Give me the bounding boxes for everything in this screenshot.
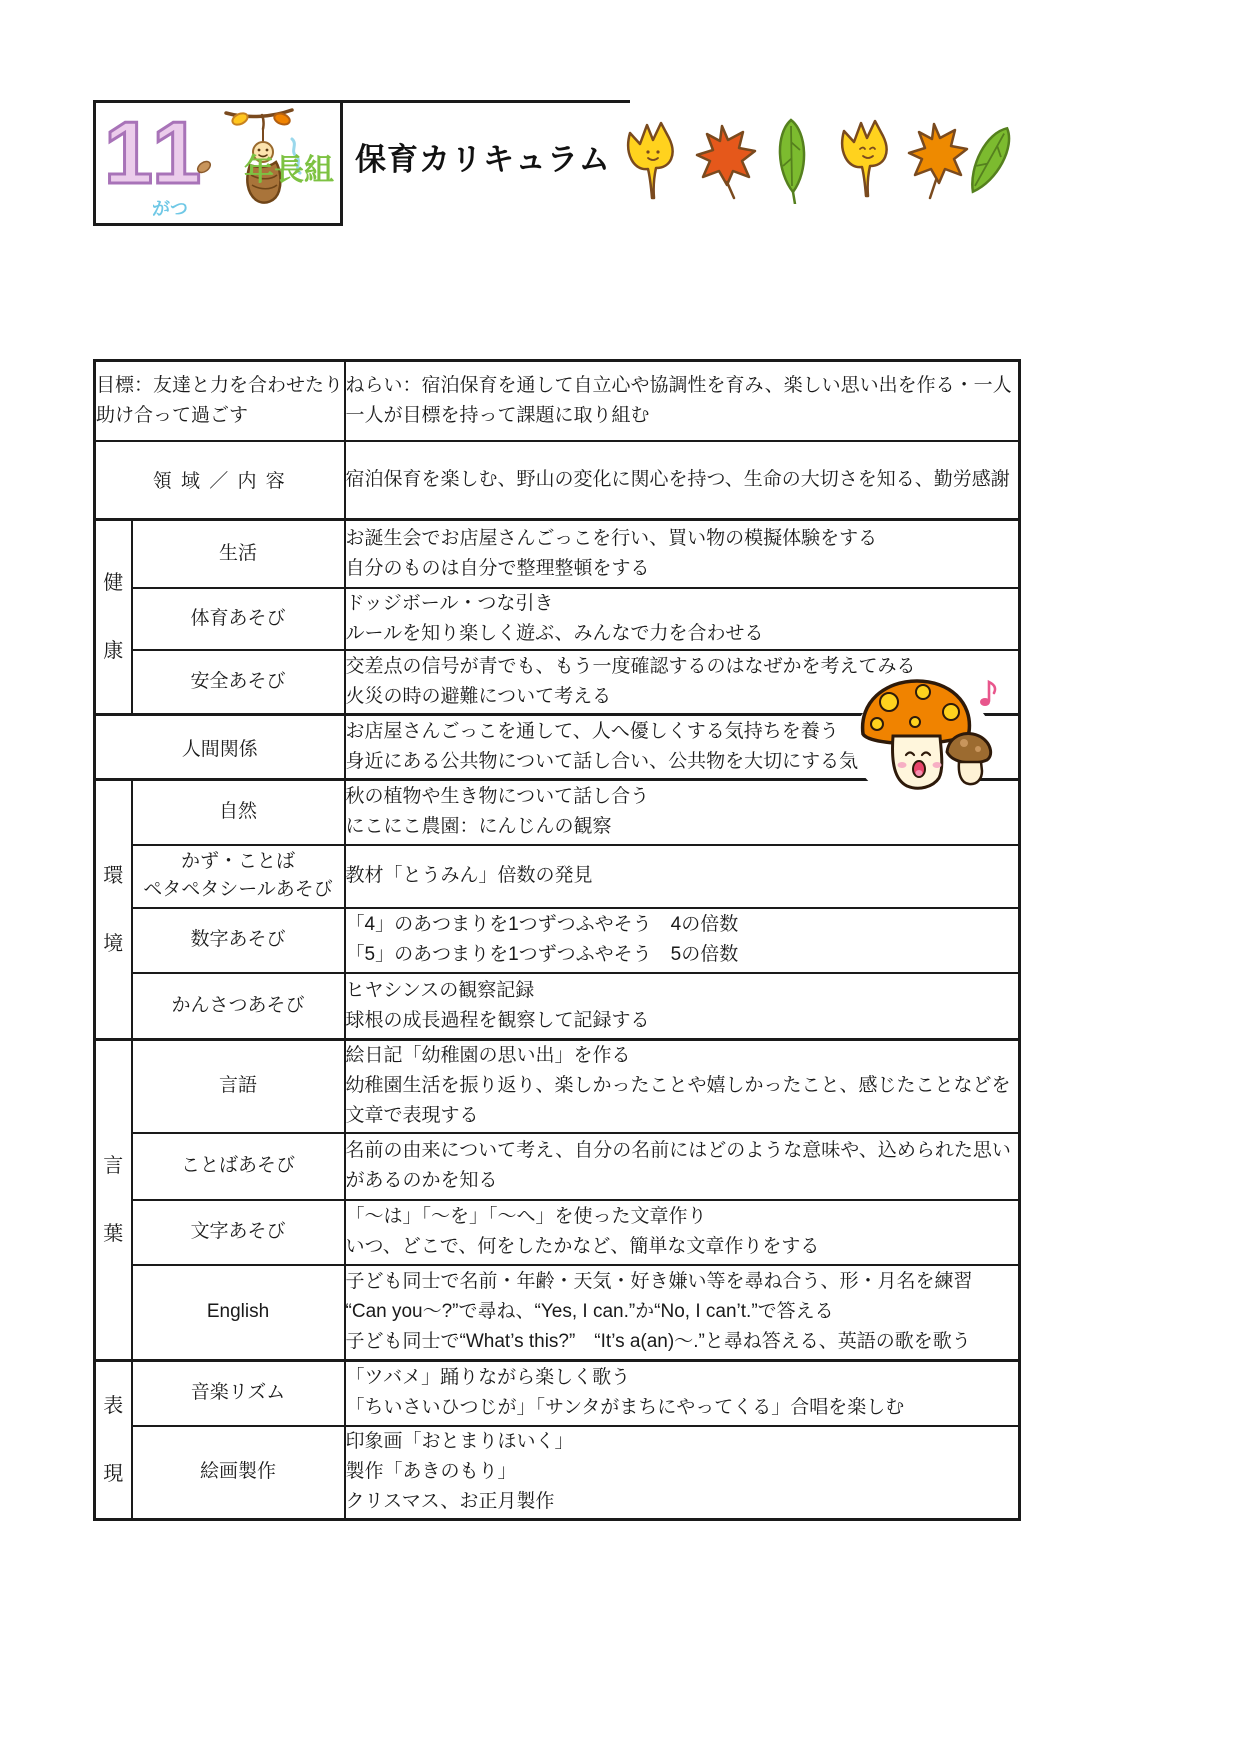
table-row: 絵画製作 印象画「おとまりほいく」 製作「あきのもり」 クリスマス、お正月製作 <box>95 1426 1020 1520</box>
content-line: 絵日記「幼稚園の思い出」を作る <box>346 1041 1019 1071</box>
row-label-english: English <box>132 1265 345 1361</box>
content-line: ルールを知り楽しく遊ぶ、みんなで力を合わせる <box>346 619 1019 649</box>
content-line: 子ども同士で名前・年齢・天気・好き嫌い等を尋ね合う、形・月名を練習 <box>346 1267 1019 1297</box>
content-line: 「ちいさいひつじが」「サンタがまちにやってくる」合唱を楽しむ <box>346 1393 1019 1423</box>
small-mushroom-cap-icon <box>947 733 991 762</box>
table-row: 数字あそび 「4」のあつまりを1つずつふやそう 4の倍数 「5」のあつまりを1つ… <box>95 908 1020 973</box>
content-line: いつ、どこで、何をしたかなど、簡単な文章作りをする <box>346 1232 1019 1262</box>
row-label: かんさつあそび <box>132 973 345 1040</box>
row-label: 文字あそび <box>132 1200 345 1265</box>
green-leaf-icon <box>780 120 804 204</box>
table-row: 健 康 生活 お誕生会でお店屋さんごっこを行い、買い物の模擬体験をする 自分のも… <box>95 520 1020 588</box>
row-content: お誕生会でお店屋さんごっこを行い、買い物の模擬体験をする 自分のものは自分で整理… <box>345 520 1020 588</box>
page-title: 保育カリキュラム <box>355 134 611 179</box>
small-mushroom-stem-icon <box>959 762 982 784</box>
orange-leaf-icon <box>273 112 291 127</box>
goal-row: 目標：友達と力を合わせたり助け合って過ごす ねらい：宿泊保育を通して自立心や協調… <box>95 361 1020 441</box>
domain-content-cell: 宿泊保育を楽しむ、野山の変化に関心を持つ、生命の大切さを知る、勤労感謝 <box>345 441 1020 520</box>
mushroom-illustration <box>851 672 1001 808</box>
table-row: 言 葉 言語 絵日記「幼稚園の思い出」を作る 幼稚園生活を振り返り、楽しかったこ… <box>95 1040 1020 1133</box>
row-label: ことばあそび <box>132 1133 345 1200</box>
row-content: 子ども同士で名前・年齢・天気・好き嫌い等を尋ね合う、形・月名を練習 “Can y… <box>345 1265 1020 1361</box>
row-content: ヒヤシンスの観察記録 球根の成長過程を観察して記録する <box>345 973 1020 1040</box>
table-row: かんさつあそび ヒヤシンスの観察記録 球根の成長過程を観察して記録する <box>95 973 1020 1040</box>
content-line: “Can you～?”で尋ね、“Yes, I can.”か“No, I can’… <box>346 1297 1019 1327</box>
cap-spot <box>871 718 883 730</box>
row-label: 数字あそび <box>132 908 345 973</box>
month-suffix-label: がつ <box>152 195 188 221</box>
table-row: 表 現 音楽リズム 「ツバメ」踊りながら楽しく歌う 「ちいさいひつじが」「サンタ… <box>95 1361 1020 1426</box>
small-cap-spot <box>960 739 968 747</box>
cheek <box>898 762 907 768</box>
content-line: 「5」のあつまりを1つずつふやそう 5の倍数 <box>346 940 1019 970</box>
row-content: ドッジボール・つな引き ルールを知り楽しく遊ぶ、みんなで力を合わせる <box>345 588 1020 650</box>
domain-text: 宿泊保育を楽しむ、野山の変化に関心を持つ、生命の大切さを知る、勤労感謝 <box>346 465 1019 495</box>
cap-spot <box>943 704 959 720</box>
small-cap-spot <box>975 746 981 752</box>
content-line: 「ツバメ」踊りながら楽しく歌う <box>346 1363 1019 1393</box>
goal-cell: 目標：友達と力を合わせたり助け合って過ごす <box>95 361 345 441</box>
cap-spot <box>910 717 920 727</box>
header: 11 がつ <box>93 100 1018 226</box>
row-content: 絵日記「幼稚園の思い出」を作る 幼稚園生活を振り返り、楽しかったことや嬉しかった… <box>345 1040 1020 1133</box>
content-container: 11 がつ <box>93 100 1018 1521</box>
content-line: お誕生会でお店屋さんごっこを行い、買い物の模擬体験をする <box>346 524 1019 554</box>
orange-maple-leaf-icon <box>909 124 967 198</box>
row-content: 「4」のあつまりを1つずつふやそう 4の倍数 「5」のあつまりを1つずつふやそう… <box>345 908 1020 973</box>
content-line: 幼稚園生活を振り返り、楽しかったことや嬉しかったこと、感じたことなどを文章で表現… <box>346 1071 1019 1131</box>
content-line: 名前の由来について考え、自分の名前にはどのような意味や、込められた思いがあるのか… <box>346 1136 1019 1196</box>
domain-row: 領 域 ／ 内 容 宿泊保育を楽しむ、野山の変化に関心を持つ、生命の大切さを知る… <box>95 441 1020 520</box>
row-content: 印象画「おとまりほいく」 製作「あきのもり」 クリスマス、お正月製作 <box>345 1426 1020 1520</box>
row-label: 生活 <box>132 520 345 588</box>
section-label-environment: 環 境 <box>95 780 132 1040</box>
row-content: 「～は」「～を」「～へ」を使った文章作り いつ、どこで、何をしたかなど、簡単な文… <box>345 1200 1020 1265</box>
cap-spot <box>880 693 898 711</box>
content-line: 「4」のあつまりを1つずつふやそう 4の倍数 <box>346 910 1019 940</box>
row-content: 名前の由来について考え、自分の名前にはどのような意味や、込められた思いがあるのか… <box>345 1133 1020 1200</box>
aim-text: ねらい：宿泊保育を通して自立心や協調性を育み、楽しい思い出を作る・一人一人が目標… <box>346 371 1019 431</box>
row-label: 自然 <box>132 780 345 845</box>
row-label: 安全あそび <box>132 650 345 715</box>
red-maple-leaf-icon <box>697 126 755 198</box>
content-line: にこにこ農園：にんじんの観察 <box>346 812 1019 842</box>
content-line: ヒヤシンスの観察記録 <box>346 976 1019 1006</box>
autumn-leaves-decoration <box>618 112 1018 204</box>
aim-cell: ねらい：宿泊保育を通して自立心や協調性を育み、楽しい思い出を作る・一人一人が目標… <box>345 361 1020 441</box>
month-number: 11 <box>104 105 205 201</box>
row-content: 「ツバメ」踊りながら楽しく歌う 「ちいさいひつじが」「サンタがまちにやってくる」… <box>345 1361 1020 1426</box>
header-top-rule <box>343 100 630 103</box>
twig-icon <box>262 115 264 129</box>
row-label: かず・ことば ペタペタシールあそび <box>132 845 345 908</box>
table-row: ことばあそび 名前の由来について考え、自分の名前にはどのような意味や、込められた… <box>95 1133 1020 1200</box>
curriculum-page: 11 がつ <box>0 0 1240 1755</box>
row-label: 体育あそび <box>132 588 345 650</box>
row-label-human-relations: 人間関係 <box>95 715 345 780</box>
table-row: 体育あそび ドッジボール・つな引き ルールを知り楽しく遊ぶ、みんなで力を合わせる <box>95 588 1020 650</box>
content-line: 球根の成長過程を観察して記録する <box>346 1006 1019 1036</box>
goal-text: 目標：友達と力を合わせたり助け合って過ごす <box>96 371 344 431</box>
ginkgo-leaf-face-icon <box>842 121 886 196</box>
brown-leaf-icon <box>196 159 213 174</box>
domain-label-cell: 領 域 ／ 内 容 <box>95 441 345 520</box>
cap-spot <box>916 685 930 699</box>
ginkgo-leaf-face-icon <box>628 123 672 198</box>
row-label: 言語 <box>132 1040 345 1133</box>
content-line: 印象画「おとまりほいく」 <box>346 1427 1019 1457</box>
green-leaf-icon <box>962 123 1018 197</box>
section-label-health: 健 康 <box>95 520 132 715</box>
class-name-label: 年長組 <box>244 145 334 189</box>
content-line: 自分のものは自分で整理整頓をする <box>346 554 1019 584</box>
content-line: 子ども同士で“What’s this?” “It’s a(an)～.”と尋ね答え… <box>346 1327 1019 1357</box>
month-class-box: 11 がつ <box>93 100 343 226</box>
content-line: 「～は」「～を」「～へ」を使った文章作り <box>346 1202 1019 1232</box>
row-label: 音楽リズム <box>132 1361 345 1426</box>
content-line: 教材「とうみん」倍数の発見 <box>346 861 1019 891</box>
content-line: クリスマス、お正月製作 <box>346 1487 1019 1517</box>
table-row: 文字あそび 「～は」「～を」「～へ」を使った文章作り いつ、どこで、何をしたかな… <box>95 1200 1020 1265</box>
table-row: English 子ども同士で名前・年齢・天気・好き嫌い等を尋ね合う、形・月名を練… <box>95 1265 1020 1361</box>
content-line: 製作「あきのもり」 <box>346 1457 1019 1487</box>
curriculum-table: 目標：友達と力を合わせたり助け合って過ごす ねらい：宿泊保育を通して自立心や協調… <box>93 359 1021 1521</box>
table-row: かず・ことば ペタペタシールあそび 教材「とうみん」倍数の発見 <box>95 845 1020 908</box>
section-label-expression: 表 現 <box>95 1361 132 1520</box>
music-note-icon <box>980 682 995 706</box>
content-line: ドッジボール・つな引き <box>346 589 1019 619</box>
row-label: 絵画製作 <box>132 1426 345 1520</box>
cheek <box>933 762 942 768</box>
row-content: 教材「とうみん」倍数の発見 <box>345 845 1020 908</box>
tongue <box>916 770 923 776</box>
section-label-language: 言 葉 <box>95 1040 132 1361</box>
